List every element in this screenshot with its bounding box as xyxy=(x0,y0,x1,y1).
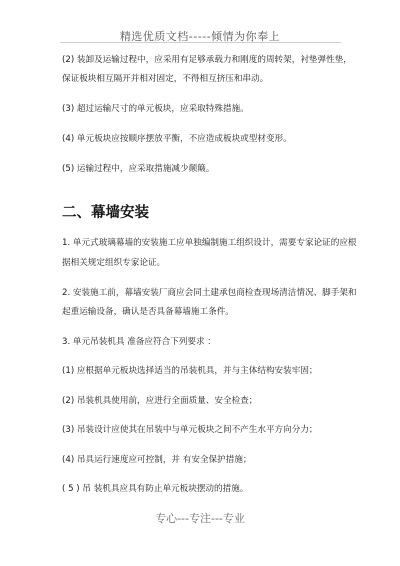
paragraph-line: (5) 运输过程中，应采取措施减少颠簸。 xyxy=(62,162,214,174)
paragraph-line: (3) 吊装设计应使其在吊装中与单元板块之间不产生水平方向分力； xyxy=(62,423,318,435)
paragraph-line: 2. 安装施工前，幕墙安装厂商应会同土建承包商检查现场清洁情况、脚手架和 xyxy=(62,286,357,298)
paragraph-line: (2) 吊装机具使用前，应进行全面质量、安全检查； xyxy=(62,394,257,406)
paragraph-line: ( 5 ) 吊 装机具应具有防止单元板块摆动的措施。 xyxy=(62,482,248,494)
paragraph-line: (3) 超过运输尺寸的单元板块，应采取特殊措施。 xyxy=(62,102,249,114)
paragraph-line: (1) 应根据单元板块选择适当的吊装机具，并与主体结构安装牢固； xyxy=(62,364,318,376)
paragraph-line: 1. 单元式玻璃幕墙的安装施工应单独编制施工组织设计，需要专家论证的应根 xyxy=(62,236,357,248)
paragraph-line: 起重运输设备，确认是否具备幕墙施工条件。 xyxy=(62,305,234,317)
paragraph-line: (4) 单元板块应按顺序摆放平衡，不应造成板块或型材变形。 xyxy=(62,132,292,144)
paragraph-line: (2) 装卸及运输过程中，应采用有足够承载力和刚度的周转架，衬垫弹性垫， xyxy=(62,53,352,65)
paragraph-line: 据相关规定组织专家论证。 xyxy=(62,256,165,268)
document-footer: 专心---专注---专业 xyxy=(0,510,400,526)
paragraph-line: (4) 吊具运行速度应可控制，并 有安全保护措施； xyxy=(62,453,252,465)
paragraph-line: 保证板块相互隔开并相对固定，不得相互挤压和串动。 xyxy=(62,72,268,84)
header-divider xyxy=(60,42,341,43)
section-heading: 二、幕墙安装 xyxy=(62,201,149,222)
paragraph-line: 3. 单元吊装机具 准备应符合下列要求 ： xyxy=(62,335,216,347)
